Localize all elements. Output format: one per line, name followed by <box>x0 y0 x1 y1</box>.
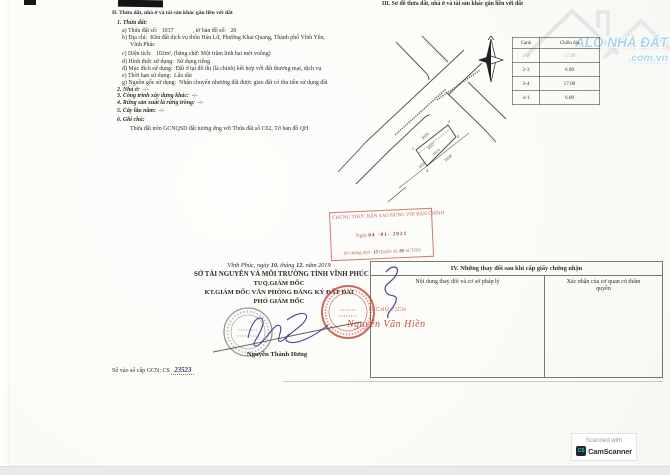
corner-1-label: 1 <box>412 146 414 151</box>
registration-number-line: Số vào sổ cấp GCN: CS 23523 <box>112 367 194 374</box>
table-row: 1-2 17.00 <box>513 49 600 63</box>
paper-left-edge <box>0 0 9 467</box>
scan-artifact-strip <box>118 0 163 7</box>
section2-item5: 5. Cây lâu năm: -/- <box>117 108 164 115</box>
item2-label: 2. Nhà ở: <box>117 87 140 93</box>
cert-day-label: Ngày <box>356 232 368 238</box>
compass-icon <box>479 36 503 82</box>
plot-diagram: 1037 102.0 1036 1038 1035 1 2 3 4 <box>336 36 516 218</box>
section2-heading: II. Thửa đất, nhà ở và tài sản khác gắn … <box>112 10 233 17</box>
corner-4-label: 4 <box>426 168 429 173</box>
scan-background-band <box>0 466 670 475</box>
table-row: 4-1 6.00 <box>513 91 600 105</box>
use-term-line: e) Thời hạn sử dụng: Lâu dài <box>122 73 192 80</box>
use-purpose-line: đ) Mục đích sử dụng: Đất ở tại đô thị (l… <box>122 66 321 73</box>
table-row: 3-4 17.00 <box>513 77 600 91</box>
scanned-land-certificate-screenshot: ALO NHÀ ĐẤT .com.vn II. Thửa đất, nhà ở … <box>0 0 670 475</box>
item5-label: 5. Cây lâu năm: <box>117 108 156 114</box>
use-origin-line: g) Nguồn gốc sử dụng: Nhận chuyển nhượng… <box>122 80 328 87</box>
edge-cell: 2-3 <box>513 63 540 77</box>
table-row: 2-3 6.00 <box>513 63 600 77</box>
camscanner-badge: Scanned with CS CamScanner <box>571 433 637 461</box>
corner-2-label: 2 <box>448 119 450 124</box>
note-line: Thửa đất trên GCNQSD đất tương ứng với T… <box>130 126 308 133</box>
edge-table-header: Cạnh Chiều dài <box>513 38 600 49</box>
camscanner-line2: CS CamScanner <box>576 446 632 456</box>
red-title-chu-tich: Ó CHỦ TỊCH <box>369 307 406 313</box>
corner-3-label: 3 <box>457 134 460 139</box>
camscanner-logo-icon: CS <box>576 446 586 456</box>
item4-label: 4. Rừng sản xuất là rừng trồng: <box>117 100 195 106</box>
cert-suffix: SCT/BS <box>404 248 421 254</box>
item2-value: -/- <box>140 87 149 93</box>
address-line-2: Vĩnh Phúc <box>130 42 155 49</box>
cert-book-label: Quyển số: <box>378 249 400 255</box>
col-length-header: Chiều dài <box>540 38 600 49</box>
item5-value: -/- <box>156 108 165 114</box>
authority-confirm-header: Xác nhận của cơ quan có thẩm quyền <box>545 276 662 293</box>
camscanner-line1: Scanned with <box>586 438 622 445</box>
edge-cell: 3-4 <box>513 77 540 91</box>
length-cell: 17.00 <box>540 77 600 91</box>
parcel-area-label: 102.0 <box>432 148 441 157</box>
cert-stamp-number-line: Số chứng thực: 13 Quyển số: 01 SCT/BS <box>334 248 431 257</box>
cert-date: 04 -01- 2021 <box>368 230 407 238</box>
edge-cell: 4-1 <box>513 91 540 105</box>
page-bottom-rule <box>283 381 663 382</box>
neighbor-parcel-label: 1036 <box>420 131 430 140</box>
section2-item1: 1. Thửa đất: <box>117 20 147 27</box>
use-form-line: d) Hình thức sử dụng: Sử dụng riêng <box>122 59 210 66</box>
authority-confirm-column: Xác nhận của cơ quan có thẩm quyền <box>544 276 662 377</box>
length-cell: 6.00 <box>540 91 600 105</box>
item3-label: 3. Công trình xây dựng khác: <box>117 93 189 99</box>
cert-stamp-title: CHỨNG THỰC BẢN SAO ĐÚNG VỚI BẢN CHÍNH <box>332 212 429 221</box>
round-stamp-red <box>322 286 374 338</box>
length-cell: 17.00 <box>540 49 600 63</box>
neighbor-parcel-label: 1038 <box>443 153 453 162</box>
address-line-1: b) Địa chỉ: Khu đất dịch vụ thôn Hán Lữ,… <box>122 35 325 42</box>
length-cell: 6.00 <box>540 63 600 77</box>
cert-no-label: Số chứng thực: <box>344 250 374 256</box>
reg-label: Số vào sổ cấp GCN: CS <box>112 368 171 374</box>
reg-number-handwritten: 23523 <box>171 367 194 375</box>
stamps-and-signatures <box>190 258 470 373</box>
scan-artifact-strip <box>24 0 36 5</box>
parcel-number-line: a) Thửa đất số: 1037 , tờ bản đồ số: 20 <box>122 28 236 35</box>
edge-cell: 1-2 <box>513 49 540 63</box>
cert-stamp-date-line: Ngày 04 -01- 2021 <box>333 229 430 239</box>
item4-value: -/- <box>195 100 204 106</box>
red-signer-name: Nguyễn Văn Hiền <box>347 319 426 330</box>
section2-item4: 4. Rừng sản xuất là rừng trồng: -/- <box>117 100 203 107</box>
area-line: c) Diện tích: 102m², (bằng chữ: Một trăm… <box>122 51 271 58</box>
section2-item6: 6. Ghi chú: <box>117 117 145 124</box>
edge-length-table: Cạnh Chiều dài 1-2 17.00 2-3 6.00 3-4 17… <box>512 37 600 105</box>
col-edge-header: Cạnh <box>513 38 540 49</box>
section3-heading: III. Sơ đồ thửa đất, nhà ở và tài sản kh… <box>382 1 523 8</box>
certification-stamp: CHỨNG THỰC BẢN SAO ĐÚNG VỚI BẢN CHÍNH Ng… <box>329 208 434 261</box>
item3-value: -/- <box>189 93 198 99</box>
parcel-number-label: 1037 <box>426 141 436 150</box>
camscanner-name: CamScanner <box>588 447 632 456</box>
